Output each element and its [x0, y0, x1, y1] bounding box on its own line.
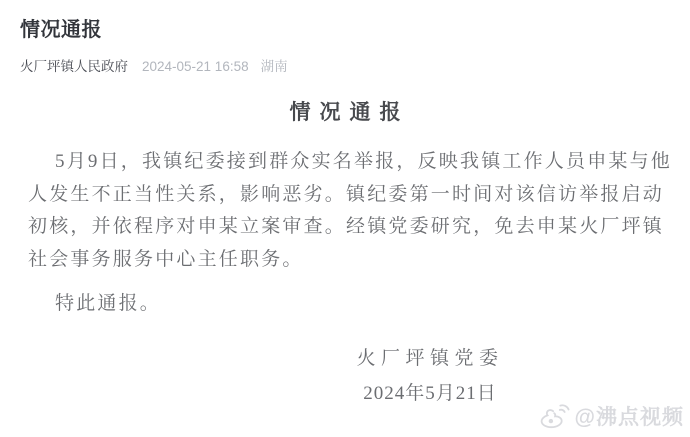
- notice-title: 情况通报: [0, 96, 690, 126]
- notice-body-line: 社会事务服务中心主任职务。: [28, 244, 666, 277]
- notice-body: 5月9日，我镇纪委接到群众实名举报，反映我镇工作人员申某与他 人发生不正当性关系…: [28, 146, 666, 276]
- post-location: 湖南: [261, 55, 288, 75]
- post-title: 情况通报: [20, 13, 670, 42]
- notice-body-line: 5月9日，我镇纪委接到群众实名举报，反映我镇工作人员申某与他: [28, 146, 666, 179]
- watermark-label: @沸点视频: [575, 401, 684, 431]
- post-header: 情况通报 火厂坪镇人民政府 2024-05-21 16:58 湖南: [20, 13, 670, 75]
- signature-name: 火厂坪镇党委: [350, 346, 510, 372]
- notice-body-line: 初核，并依程序对申某立案审查。经镇党委研究，免去申某火厂坪镇: [28, 211, 666, 244]
- notice-closing: 特此通报。: [55, 288, 161, 320]
- signature-date: 2024年5月21日: [350, 381, 510, 407]
- notice-body-line: 人发生不正当性关系，影响恶劣。镇纪委第一时间对该信访举报启动: [28, 179, 666, 212]
- post-timestamp: 2024-05-21 16:58: [142, 59, 249, 74]
- weibo-post-screenshot: 情况通报 火厂坪镇人民政府 2024-05-21 16:58 湖南 情况通报 5…: [0, 0, 690, 437]
- weibo-icon: [540, 403, 570, 430]
- signature-block: 火厂坪镇党委 2024年5月21日: [350, 346, 510, 407]
- video-watermark: @沸点视频: [540, 401, 684, 431]
- post-meta: 火厂坪镇人民政府 2024-05-21 16:58 湖南: [20, 55, 670, 75]
- source-account-link[interactable]: 火厂坪镇人民政府: [20, 55, 128, 75]
